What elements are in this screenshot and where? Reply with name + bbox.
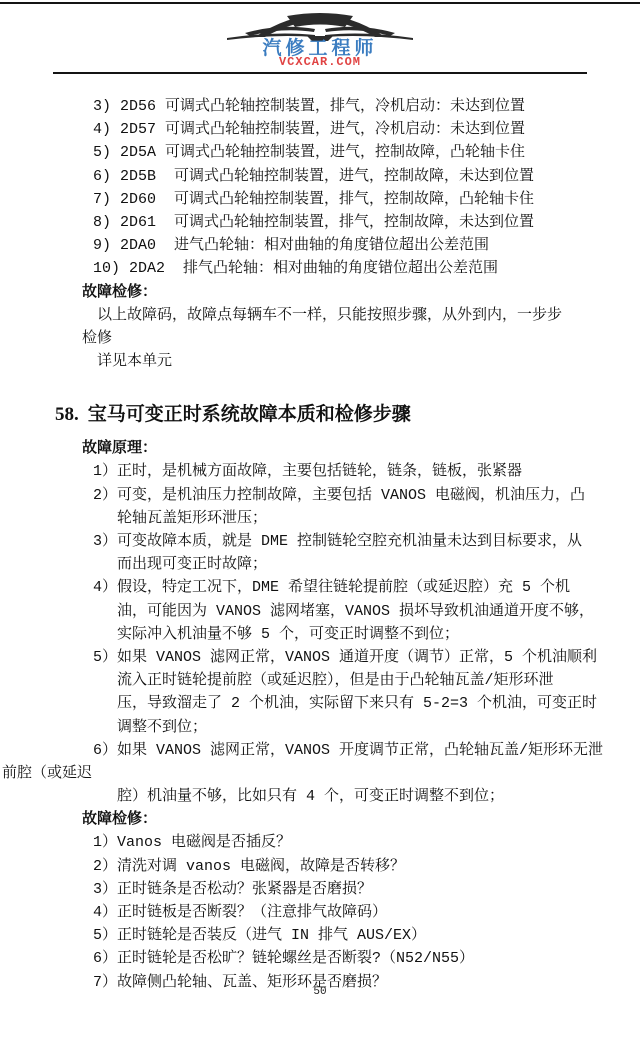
text-line: 6) 2D5B 可调式凸轮轴控制装置，进气，控制故障，未达到位置	[0, 165, 640, 188]
block-heading: 故障原理：	[0, 437, 640, 460]
text-line: 轮轴瓦盖矩形环泄压；	[0, 507, 640, 530]
text-line: 以上故障码，故障点每辆车不一样，只能按照步骤，从外到内，一步步	[0, 304, 640, 327]
logo-domain-text: VCXCAR.COM	[0, 55, 640, 69]
text-line: 2）清洗对调 vanos 电磁阀，故障是否转移？	[0, 855, 640, 878]
text-line: 9) 2DA0 进气凸轮轴：相对曲轴的角度错位超出公差范围	[0, 234, 640, 257]
block-heading: 故障检修：	[0, 281, 640, 304]
text-line: 5）正时链轮是否装反（进气 IN 排气 AUS/EX）	[0, 924, 640, 947]
text-line: 8) 2D61 可调式凸轮轴控制装置，排气，控制故障，未达到位置	[0, 211, 640, 234]
text-line: 2）可变，是机油压力控制故障，主要包括 VANOS 电磁阀，机油压力，凸	[0, 484, 640, 507]
document-page: 汽修工程师 VCXCAR.COM 3) 2D56 可调式凸轮轴控制装置，排气，冷…	[0, 0, 640, 1041]
section-number: 58.	[0, 404, 79, 425]
text-line: 1）正时，是机械方面故障，主要包括链轮，链条，链板，张紧器	[0, 460, 640, 483]
text-line: 检修	[0, 327, 640, 350]
section-heading-line: 58.宝马可变正时系统故障本质和检修步骤	[0, 399, 640, 431]
text-line: 4）正时链板是否断裂？（注意排气故障码）	[0, 901, 640, 924]
text-line: 3) 2D56 可调式凸轮轴控制装置，排气，冷机启动：未达到位置	[0, 95, 640, 118]
document-body: 3) 2D56 可调式凸轮轴控制装置，排气，冷机启动：未达到位置4) 2D57 …	[0, 95, 640, 994]
block-heading: 故障检修：	[0, 808, 640, 831]
text-line: 6）正时链轮是否松旷？链轮螺丝是否断裂?（N52/N55）	[0, 947, 640, 970]
text-line: 6）如果 VANOS 滤网正常，VANOS 开度调节正常，凸轮轴瓦盖/矩形环无泄	[0, 739, 640, 762]
header-divider-line	[53, 72, 587, 74]
text-line: 3）正时链条是否松动？张紧器是否磨损？	[0, 878, 640, 901]
text-line: 7) 2D60 可调式凸轮轴控制装置，排气，控制故障，凸轮轴卡住	[0, 188, 640, 211]
text-line: 前腔（或延迟	[0, 762, 640, 785]
spacer	[0, 373, 640, 399]
text-line: 油，可能因为 VANOS 滤网堵塞，VANOS 损坏导致机油通道开度不够，	[0, 600, 640, 623]
text-line: 5) 2D5A 可调式凸轮轴控制装置，进气，控制故障，凸轮轴卡住	[0, 141, 640, 164]
section-title: 宝马可变正时系统故障本质和检修步骤	[79, 404, 411, 425]
text-line: 腔）机油量不够，比如只有 4 个，可变正时调整不到位；	[0, 785, 640, 808]
text-line: 1）Vanos 电磁阀是否插反？	[0, 831, 640, 854]
text-line: 而出现可变正时故障；	[0, 553, 640, 576]
text-line: 调整不到位；	[0, 716, 640, 739]
text-line: 4）假设，特定工况下，DME 希望往链轮提前腔（或延迟腔）充 5 个机	[0, 576, 640, 599]
text-line: 流入正时链轮提前腔（或延迟腔），但是由于凸轮轴瓦盖/矩形环泄	[0, 669, 640, 692]
text-line: 10) 2DA2 排气凸轮轴：相对曲轴的角度错位超出公差范围	[0, 257, 640, 280]
text-line: 压，导致溜走了 2 个机油，实际留下来只有 5-2=3 个机油，可变正时	[0, 692, 640, 715]
text-line: 详见本单元	[0, 350, 640, 373]
page-number: 50	[0, 986, 640, 998]
text-line: 实际冲入机油量不够 5 个，可变正时调整不到位；	[0, 623, 640, 646]
text-line: 5）如果 VANOS 滤网正常，VANOS 通道开度（调节）正常，5 个机油顺利	[0, 646, 640, 669]
text-line: 4) 2D57 可调式凸轮轴控制装置，进气，冷机启动：未达到位置	[0, 118, 640, 141]
text-line: 3）可变故障本质，就是 DME 控制链轮空腔充机油量未达到目标要求，从	[0, 530, 640, 553]
